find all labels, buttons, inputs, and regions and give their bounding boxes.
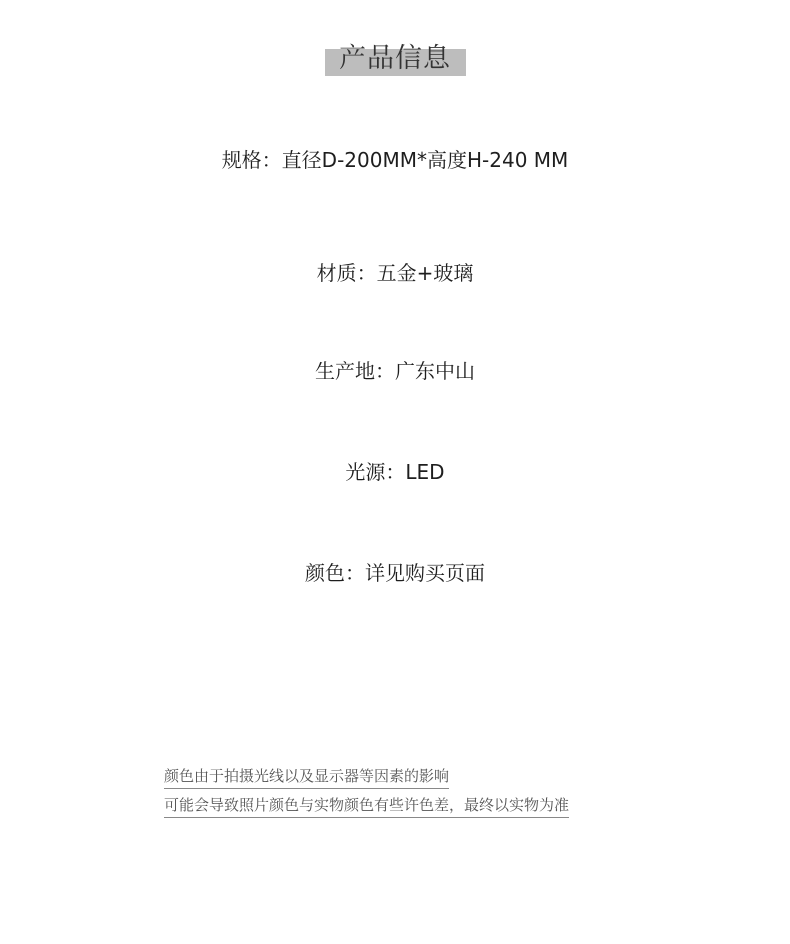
spec-origin: 生产地：广东中山 [0, 355, 790, 384]
spec-light-source: 光源：LED [0, 456, 790, 485]
color-disclaimer-line-2: 可能会导致照片颜色与实物颜色有些许色差，最终以实物为准 [164, 794, 569, 818]
color-disclaimer-line-1: 颜色由于拍摄光线以及显示器等因素的影响 [164, 765, 449, 789]
title-container: 产品信息 [0, 36, 790, 75]
spec-material: 材质：五金+玻璃 [0, 257, 790, 286]
spec-size: 规格：直径D-200MM*高度H-240 MM [0, 144, 790, 173]
page-title: 产品信息 [333, 36, 457, 75]
spec-color: 颜色：详见购买页面 [0, 557, 790, 586]
